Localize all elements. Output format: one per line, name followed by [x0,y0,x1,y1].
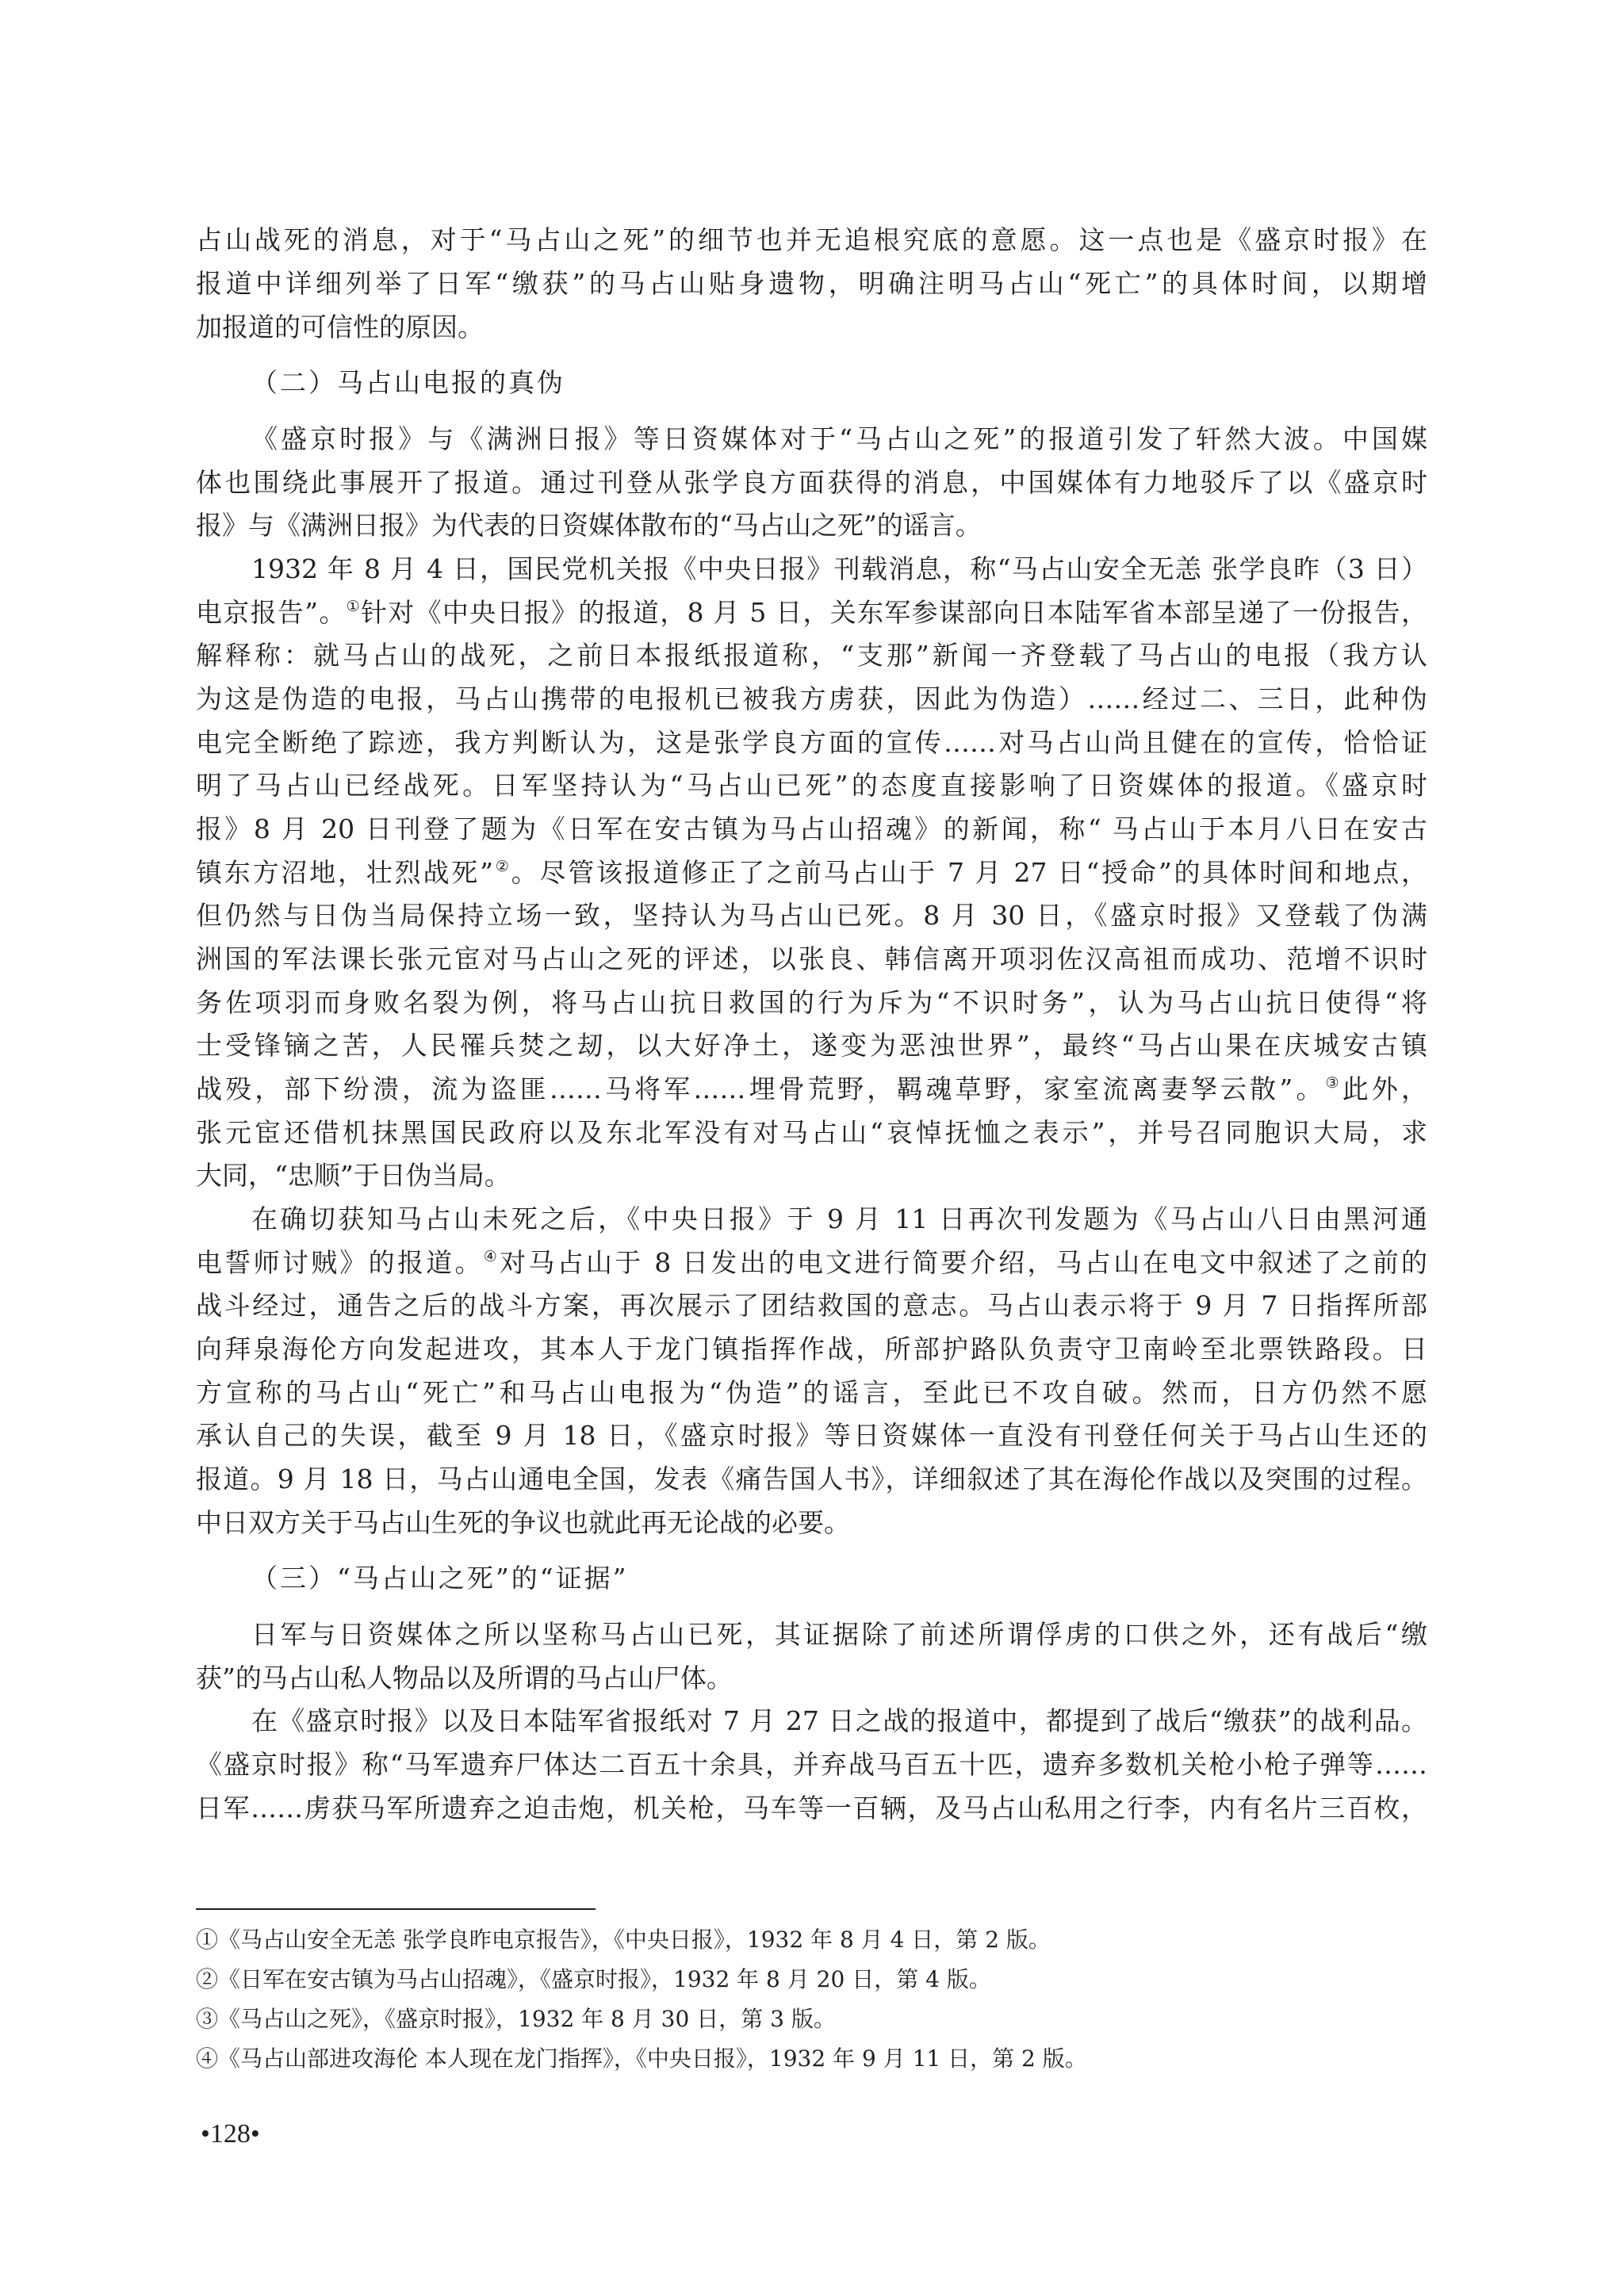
document-page: 占山战死的消息，对于“马占山之死”的细节也并无追根究底的意愿。这一点也是《盛京时… [0,0,1624,2296]
body-line-with-footnote: 镇东方沼地，壮烈战死”②。尽管该报道修正了之前马占山于 7 月 27 日“授命”… [196,851,1427,894]
footnote-ref-1[interactable]: ① [347,598,361,615]
body-line: 在《盛京时报》以及日本陆军省报纸对 7 月 27 日之战的报道中，都提到了战后“… [251,1700,1427,1743]
body-line: 方宣称的马占山“死亡”和马占山电报为“伪造”的谣言，至此已不攻自破。然而，日方仍… [196,1372,1427,1414]
footnote-3: ③《马占山之死》，《盛京时报》，1932 年 8 月 30 日，第 3 版。 [196,2001,836,2038]
body-line-with-footnote: 电誓师讨贼》的报道。④对马占山于 8 日发出的电文进行简要介绍，马占山在电文中叙… [196,1242,1427,1284]
body-line: 获”的马占山私人物品以及所谓的马占山尸体。 [196,1657,1427,1700]
footnote-ref-4[interactable]: ④ [484,1248,500,1265]
body-line: 电完全断绝了踪迹，我方判断认为，这是张学良方面的宣传……对马占山尚且健在的宣传，… [196,721,1427,764]
body-line: 承认自己的失误，截至 9 月 18 日，《盛京时报》等日资媒体一直没有刊登任何关… [196,1414,1427,1457]
body-line: 《盛京时报》与《满洲日报》等日资媒体对于“马占山之死”的报道引发了轩然大波。中国… [251,418,1427,461]
body-line: 为这是伪造的电报，马占山携带的电报机已被我方虏获，因此为伪造）……经过二、三日，… [196,678,1427,721]
line-text: 战殁，部下纷溃，流为盗匪……马将军……埋骨荒野，羁魂草野，家室流离妻孥云散”。 [196,1073,1326,1104]
line-text: 。尽管该报道修正了之前马占山于 7 月 27 日“授命”的具体时间和地点， [511,857,1427,888]
footnote-divider [196,1908,596,1910]
body-line: 报道。9 月 18 日，马占山通电全国，发表《痛告国人书》，详细叙述了其在海伦作… [196,1458,1427,1501]
body-line: 士受锋镝之苦，人民罹兵焚之刼，以大好净土，遂变为恶浊世界”，最终“马占山果在庆城… [196,1024,1427,1067]
body-line: 在确切获知马占山未死之后，《中央日报》于 9 月 11 日再次刊发题为《马占山八… [251,1198,1427,1241]
body-line: 张元宦还借机抹黑国民政府以及东北军没有对马占山“哀悼抚恤之表示”，并号召同胞识大… [196,1112,1427,1154]
body-line-with-footnote: 战殁，部下纷溃，流为盗匪……马将军……埋骨荒野，羁魂草野，家室流离妻孥云散”。③… [196,1068,1427,1111]
body-line-with-footnote: 电京报告”。①针对《中央日报》的报道，8 月 5 日，关东军参谋部向日本陆军省本… [196,591,1427,634]
body-line: 报》与《满洲日报》为代表的日资媒体散布的“马占山之死”的谣言。 [196,504,1427,547]
line-text: 对马占山于 8 日发出的电文进行简要介绍，马占山在电文中叙述了之前的 [500,1247,1427,1278]
body-line: 报道中详细列举了日军“缴获”的马占山贴身遗物，明确注明马占山“死亡”的具体时间，… [196,262,1427,305]
body-line: 占山战死的消息，对于“马占山之死”的细节也并无追根究底的意愿。这一点也是《盛京时… [196,219,1427,262]
body-line: 洲国的军法课长张元宦对马占山之死的评述，以张良、韩信离开项羽佐汉高祖而成功、范增… [196,938,1427,981]
footnote-ref-2[interactable]: ② [493,858,511,875]
body-line: 向拜泉海伦方向发起进攻，其本人于龙门镇指挥作战，所部护路队负责守卫南岭至北票铁路… [196,1328,1427,1371]
body-line: 日军……虏获马军所遗弃之迫击炮，机关枪，马车等一百辆，及马占山私用之行李，内有名… [196,1787,1427,1830]
line-text: 电誓师讨贼》的报道。 [196,1247,484,1278]
body-line: 战斗经过，通告之后的战斗方案，再次展示了团结救国的意志。马占山表示将于 9 月 … [196,1284,1427,1327]
footnote-1: ①《马占山安全无恙 张学良昨电京报告》，《中央日报》，1932 年 8 月 4 … [196,1922,1051,1958]
body-line: 但仍然与日伪当局保持立场一致，坚持认为马占山已死。8 月 30 日，《盛京时报》… [196,894,1427,937]
body-line: 解释称：就马占山的战死，之前日本报纸报道称，“支那”新闻一齐登载了马占山的电报（… [196,634,1427,677]
body-line: 报》8 月 20 日刊登了题为《日军在安古镇为马占山招魂》的新闻，称“ 马占山于… [196,808,1427,851]
footnote-ref-3[interactable]: ③ [1326,1074,1342,1092]
body-line: 务佐项羽而身败名裂为例，将马占山抗日救国的行为斥为“不识时务”，认为马占山抗日使… [196,982,1427,1024]
body-line: 大同，“忠顺”于日伪当局。 [196,1154,1427,1197]
footnote-2: ②《日军在安古镇为马占山招魂》，《盛京时报》，1932 年 8 月 20 日，第… [196,1961,991,1998]
body-line: 中日双方关于马占山生死的争议也就此再无论战的必要。 [196,1502,1427,1544]
body-line: 日军与日资媒体之所以坚称马占山已死，其证据除了前述所谓俘虏的口供之外，还有战后“… [251,1613,1427,1656]
footnote-4: ④《马占山部进攻海伦 本人现在龙门指挥》，《中央日报》，1932 年 9 月 1… [196,2041,1087,2077]
body-line: 明了马占山已经战死。日军坚持认为“马占山已死”的态度直接影响了日资媒体的报道。《… [196,764,1427,807]
page-number: •128• [201,2118,260,2150]
section-heading-2: （二）马占山电报的真伪 [251,362,565,404]
line-text: 针对《中央日报》的报道，8 月 5 日，关东军参谋部向日本陆军省本部呈递了一份报… [361,597,1427,628]
line-text: 此外， [1342,1073,1427,1104]
body-line: 1932 年 8 月 4 日，国民党机关报《中央日报》刊载消息，称“马占山安全无… [251,548,1427,591]
line-text: 镇东方沼地，壮烈战死” [196,857,493,888]
section-heading-3: （三）“马占山之死”的“证据” [251,1557,628,1600]
body-line: 体也围绕此事展开了报道。通过刊登从张学良方面获得的消息，中国媒体有力地驳斥了以《… [196,461,1427,504]
body-line: 加报道的可信性的原因。 [196,306,1427,349]
line-text: 电京报告”。 [196,597,347,628]
body-line: 《盛京时报》称“马军遗弃尸体达二百五十余具，并弃战马百五十匹，遗弃多数机关枪小枪… [196,1743,1427,1786]
